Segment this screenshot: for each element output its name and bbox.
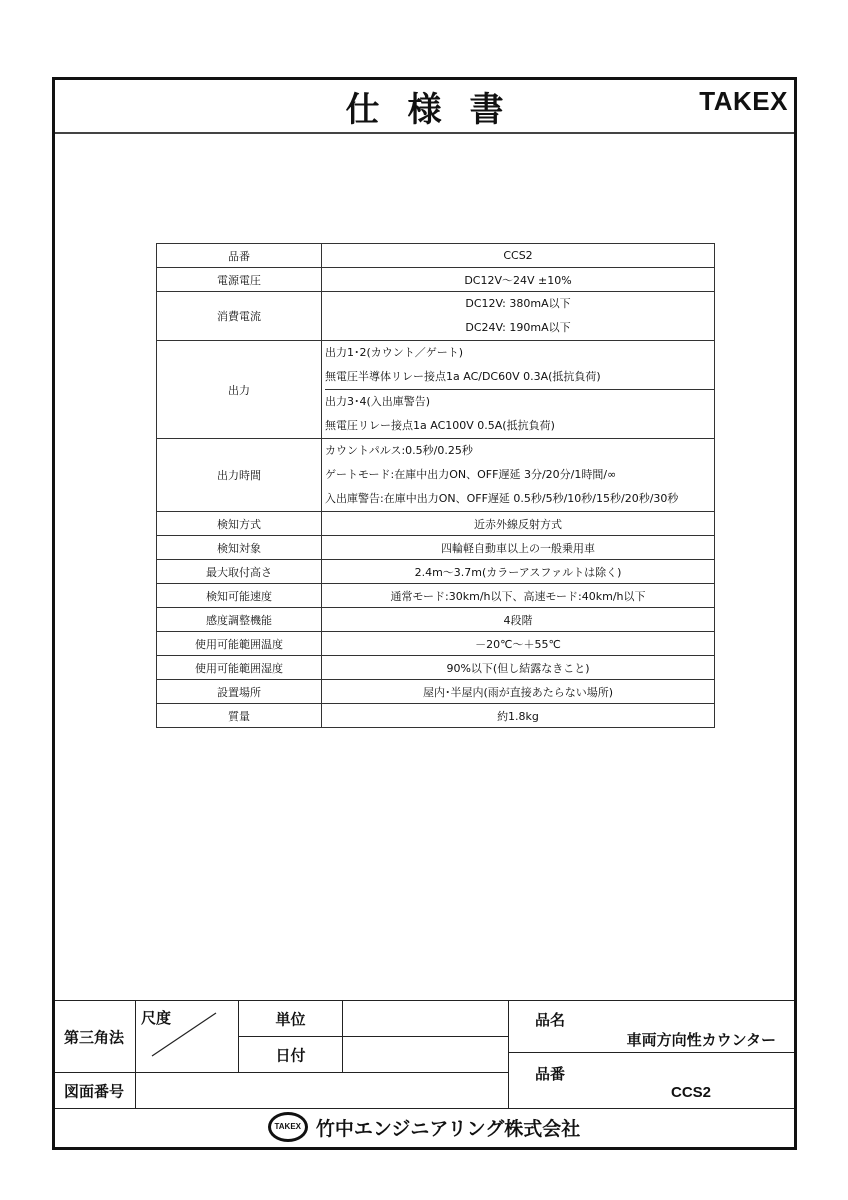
row-value: 近赤外線反射方式 [322,512,715,536]
scale-cell: 尺度 [135,1000,239,1073]
date-value-cell [342,1036,509,1073]
row-value: 四輪軽自動車以上の一般乗用車 [322,536,715,560]
row-label: 電源電圧 [157,268,322,292]
row-label: 設置場所 [157,680,322,704]
row-label: 検知方式 [157,512,322,536]
row-label: 最大取付高さ [157,560,322,584]
row-value: 90%以下(但し結露なきこと) [322,656,715,680]
product-no-value: CCS2 [671,1084,711,1101]
product-name-cell: 品名 車両方向性カウンター [508,1000,797,1053]
row-value: －20℃〜＋55℃ [322,632,715,656]
value-line: カウントパルス:0.5秒/0.25秒 [325,439,714,463]
row-value: カウントパルス:0.5秒/0.25秒 ゲートモード:在庫中出力ON、OFF遅延 … [322,439,715,512]
table-row: 消費電流 DC12V: 380mA以下 DC24V: 190mA以下 [157,292,715,341]
drawing-no-label: 図面番号 [53,1080,135,1101]
table-row: 検知方式 近赤外線反射方式 [157,512,715,536]
row-label: 感度調整機能 [157,608,322,632]
product-name-value: 車両方向性カウンター [627,1029,776,1050]
table-row: 感度調整機能 4段階 [157,608,715,632]
row-label: 検知対象 [157,536,322,560]
scale-slash-icon [136,1001,240,1074]
row-label: 消費電流 [157,292,322,341]
value-line: DC24V: 190mA以下 [322,316,714,340]
projection-label: 第三角法 [53,1026,135,1047]
row-value: CCS2 [322,244,715,268]
row-label: 検知可能速度 [157,584,322,608]
drawing-no-value-cell [135,1072,509,1109]
value-line: 無電圧半導体リレー接点1a AC/DC60V 0.3A(抵抗負荷) [325,365,714,389]
product-no-label: 品番 [535,1063,565,1084]
date-label: 日付 [239,1044,342,1065]
row-value: 出力1･2(カウント／ゲート) 無電圧半導体リレー接点1a AC/DC60V 0… [322,341,715,439]
takex-logo-icon: TAKEX [268,1112,308,1142]
output-group: 出力3･4(入出庫警告) 無電圧リレー接点1a AC100V 0.5A(抵抗負荷… [325,389,714,438]
row-label: 出力時間 [157,439,322,512]
value-line: 無電圧リレー接点1a AC100V 0.5A(抵抗負荷) [325,414,714,438]
table-row: 出力 出力1･2(カウント／ゲート) 無電圧半導体リレー接点1a AC/DC60… [157,341,715,439]
row-label: 品番 [157,244,322,268]
spec-table: 品番 CCS2 電源電圧 DC12V〜24V ±10% 消費電流 DC12V: … [156,243,715,728]
row-value: DC12V〜24V ±10% [322,268,715,292]
table-row: 検知対象 四輪軽自動車以上の一般乗用車 [157,536,715,560]
row-value: 通常モード:30km/h以下、高速モード:40km/h以下 [322,584,715,608]
title-band: 仕様書 TAKEX [55,80,794,134]
table-row: 設置場所 屋内･半屋内(雨が直接あたらない場所) [157,680,715,704]
row-value: 約1.8kg [322,704,715,728]
output-group: 出力1･2(カウント／ゲート) 無電圧半導体リレー接点1a AC/DC60V 0… [325,341,714,389]
company-footer: TAKEX 竹中エンジニアリング株式会社 [0,1112,848,1148]
table-row: 使用可能範囲温度 －20℃〜＋55℃ [157,632,715,656]
row-label: 質量 [157,704,322,728]
unit-value-cell [342,1000,509,1037]
row-value: DC12V: 380mA以下 DC24V: 190mA以下 [322,292,715,341]
date-label-cell: 日付 [238,1036,343,1073]
row-value: 4段階 [322,608,715,632]
table-row: 質量 約1.8kg [157,704,715,728]
table-row: 出力時間 カウントパルス:0.5秒/0.25秒 ゲートモード:在庫中出力ON、O… [157,439,715,512]
brand-logo: TAKEX [699,86,788,117]
product-name-label: 品名 [535,1009,565,1030]
company-name: 竹中エンジニアリング株式会社 [316,1114,580,1141]
table-row: 品番 CCS2 [157,244,715,268]
row-value: 屋内･半屋内(雨が直接あたらない場所) [322,680,715,704]
table-row: 検知可能速度 通常モード:30km/h以下、高速モード:40km/h以下 [157,584,715,608]
unit-label: 単位 [239,1008,342,1029]
value-line: 出力1･2(カウント／ゲート) [325,341,714,365]
row-label: 使用可能範囲湿度 [157,656,322,680]
row-label: 使用可能範囲温度 [157,632,322,656]
table-row: 最大取付高さ 2.4m〜3.7m(カラーアスファルトは除く) [157,560,715,584]
value-line: ゲートモード:在庫中出力ON、OFF遅延 3分/20分/1時間/∞ [325,463,714,487]
value-line: DC12V: 380mA以下 [322,292,714,316]
document-title: 仕様書 [55,82,794,131]
table-row: 電源電圧 DC12V〜24V ±10% [157,268,715,292]
row-label: 出力 [157,341,322,439]
value-line: 出力3･4(入出庫警告) [325,390,714,414]
row-value: 2.4m〜3.7m(カラーアスファルトは除く) [322,560,715,584]
projection-cell: 第三角法 [52,1000,136,1073]
unit-label-cell: 単位 [238,1000,343,1037]
drawing-no-label-cell: 図面番号 [52,1072,136,1109]
product-no-cell: 品番 CCS2 [508,1052,797,1109]
value-line: 入出庫警告:在庫中出力ON、OFF遅延 0.5秒/5秒/10秒/15秒/20秒/… [325,487,714,511]
table-row: 使用可能範囲湿度 90%以下(但し結露なきこと) [157,656,715,680]
